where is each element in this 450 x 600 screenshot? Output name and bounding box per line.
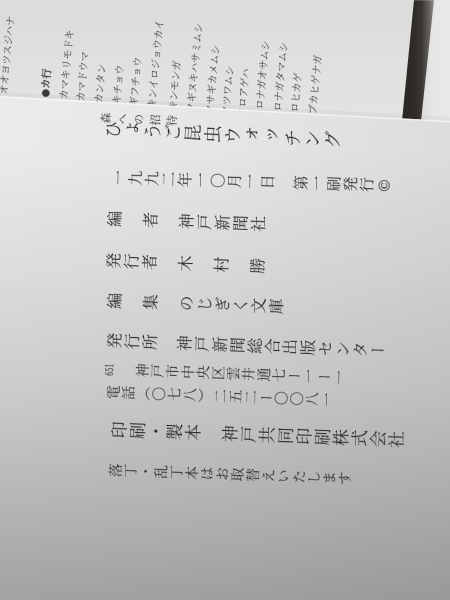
replacement-notice: 落丁・乱丁本はお取替えいたします (108, 464, 353, 487)
editor-label: 編 者 (106, 210, 161, 231)
address-line: 651神戸市中央区雲井通七ー一ー一 (104, 363, 348, 386)
phone-line: 電話（〇七八）二五二ー〇〇八一 (106, 386, 336, 408)
printing-label: 印刷・製本 (110, 422, 203, 445)
book-title: ひょうご昆虫ウォッチング (103, 122, 344, 151)
postal-code: 651 (104, 363, 116, 376)
index-entry: カマドウマ (77, 51, 92, 102)
publishing-office-line: 発行所神戸新聞総合出版センター (106, 334, 388, 360)
issue-date: 一九九二年一〇月一日 (111, 169, 276, 192)
editing-line: 編 集のじぎく文庫 (106, 294, 286, 316)
index-entry: クギヌキハサミムシ (187, 23, 206, 113)
editor-line: 編 者神戸新聞社 (106, 212, 268, 234)
publisher-line: 発行者木 村 勝 (105, 254, 267, 276)
phone-value: （〇七八）二五二ー〇〇八一 (137, 386, 336, 409)
printing-line: 印刷・製本神戸共同印刷株式会社 (110, 424, 406, 451)
index-entry: カマキリモドキ (60, 29, 77, 100)
publishing-office-label: 発行所 (106, 332, 159, 353)
publisher-value: 木 村 勝 (177, 255, 268, 277)
editing-label: 編 集 (106, 292, 161, 313)
book-photo: オオヨツスジハナ ●カ行 カマキリモドキ カマドウマ カンタン キチョウ ギフチ… (0, 0, 450, 600)
publisher-label: 発行者 (105, 252, 160, 273)
editing-value: のじぎく文庫 (178, 295, 287, 318)
editor-value: 神戸新聞社 (178, 213, 269, 235)
issue-line: 一九九二年一〇月一日第一刷発行© (111, 171, 395, 194)
index-entry: キンイロジョウカイ (148, 20, 166, 109)
publishing-office-value: 神戸新聞総合出版センター (176, 334, 388, 360)
index-carryover-entry: オオヨツスジハナ (0, 16, 18, 95)
edition: 第一刷発行© (292, 174, 394, 195)
address-value: 神戸市中央区雲井通七ー一ー一 (135, 363, 348, 386)
phone-label: 電話 (106, 385, 137, 402)
printing-value: 神戸共同印刷株式会社 (221, 425, 407, 451)
index-section-heading: ●カ行 (41, 68, 54, 98)
